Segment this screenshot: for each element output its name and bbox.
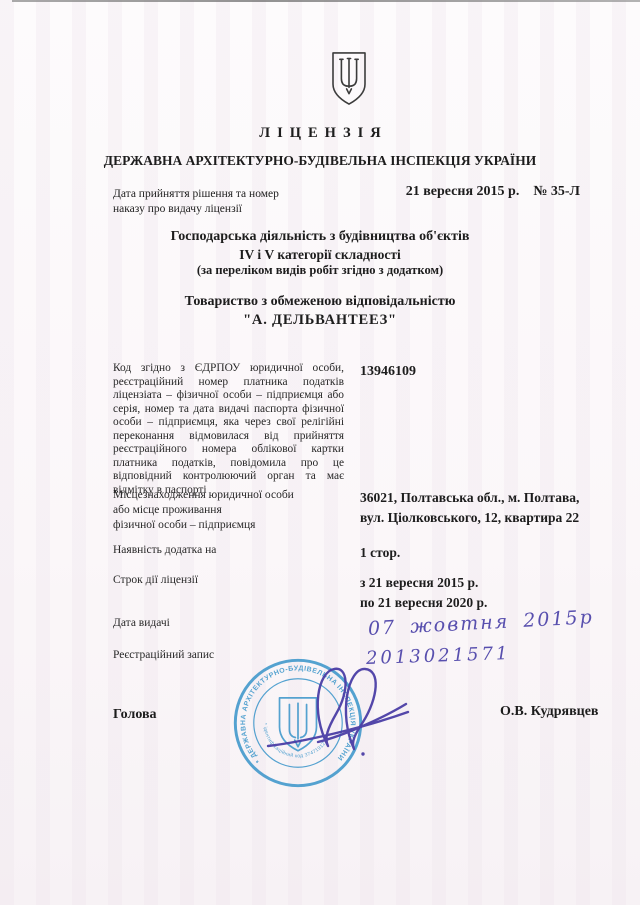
- signature-scribble: [258, 656, 413, 766]
- field-row-annex: Наявність додатка на 1 стор.: [113, 543, 590, 563]
- location-value: 36021, Полтавська обл., м. Полтава, вул.…: [360, 488, 590, 533]
- head-position-label: Голова: [113, 707, 157, 723]
- activity-line-1: Господарська діяльність з будівництва об…: [0, 229, 640, 245]
- decision-date-label: Дата прийняття рішення та номер наказу п…: [113, 187, 279, 217]
- field-row-term: Строк дії ліцензії з 21 вересня 2015 р. …: [113, 573, 590, 613]
- agency-name: ДЕРЖАВНА АРХІТЕКТУРНО-БУДІВЕЛЬНА ІНСПЕКЦ…: [0, 153, 640, 169]
- field-row-edrpou-code: Код згідно з ЄДРПОУ юридичної особи, реє…: [113, 362, 590, 497]
- decision-date-number: 21 вересня 2015 р.№ 35-Л: [406, 184, 580, 200]
- licensee-name: "А. ДЕЛЬВАНТЕЕЗ": [0, 312, 640, 329]
- license-title: ЛІЦЕНЗІЯ: [0, 125, 640, 142]
- activity-line-3: (за переліком видів робіт згідно з додат…: [0, 263, 640, 278]
- edrpou-code-label: Код згідно з ЄДРПОУ юридичної особи, реє…: [113, 362, 360, 497]
- annex-label: Наявність додатка на: [113, 543, 360, 563]
- license-number: № 35-Л: [533, 184, 580, 199]
- head-signer-name: О.В. Кудрявцев: [500, 704, 599, 720]
- field-row-location: Місцезнаходження юридичної особи або міс…: [113, 488, 590, 533]
- decision-date-value: 21 вересня 2015 р.: [406, 184, 520, 199]
- scan-artifact-line: [12, 0, 640, 2]
- license-document-page: ЛІЦЕНЗІЯ ДЕРЖАВНА АРХІТЕКТУРНО-БУДІВЕЛЬН…: [0, 0, 640, 905]
- activity-line-2: IV і V категорії складності: [0, 247, 640, 263]
- annex-value: 1 стор.: [360, 543, 590, 563]
- location-label: Місцезнаходження юридичної особи або міс…: [113, 488, 360, 533]
- edrpou-code-value: 13946109: [360, 362, 590, 497]
- term-value: з 21 вересня 2015 р. по 21 вересня 2020 …: [360, 573, 590, 613]
- term-label: Строк дії ліцензії: [113, 573, 360, 613]
- issue-date-label: Дата видачі: [113, 616, 360, 631]
- licensee-type: Товариство з обмеженою відповідальністю: [0, 294, 640, 310]
- ukraine-trident-emblem: [329, 50, 369, 107]
